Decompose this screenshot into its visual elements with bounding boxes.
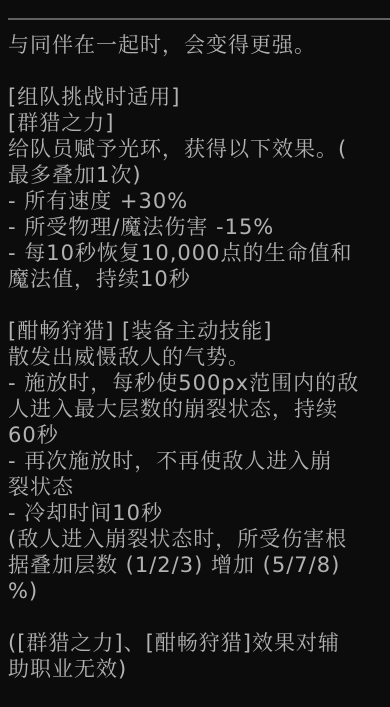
text-line: 最多叠加1次): [8, 162, 382, 188]
skill-cooldown-line: - 冷却时间10秒: [8, 500, 382, 526]
section-divider: [8, 18, 390, 20]
section-active-skill: [酣畅狩猎] [装备主动技能] 散发出威慑敌人的气势。 - 施放时，每秒使500…: [8, 318, 382, 604]
footnote-line: 助职业无效): [8, 656, 382, 682]
text-line: 60秒: [8, 422, 382, 448]
skill-tooltip-panel: 与同伴在一起时，会变得更强。 [组队挑战时适用] [群猎之力] 给队员赋予光环，…: [0, 0, 390, 707]
skill-cast-effect-line: - 施放时，每秒使500px范围内的敌: [8, 370, 382, 396]
text-line: %): [8, 578, 382, 604]
section-footnote: ([群猎之力]、[酣畅狩猎]效果对辅 助职业无效): [8, 630, 382, 682]
text-line: 散发出威慑敌人的气势。: [8, 344, 382, 370]
text-line: 裂状态: [8, 474, 382, 500]
text-line: 魔法值，持续10秒: [8, 266, 382, 292]
active-skill-title: [酣畅狩猎] [装备主动技能]: [8, 318, 382, 344]
skill-recast-line: - 再次施放时，不再使敌人进入崩: [8, 448, 382, 474]
footnote-line: ([群猎之力]、[酣畅狩猎]效果对辅: [8, 630, 382, 656]
text-line: 给队员赋予光环，获得以下效果。(: [8, 136, 382, 162]
text-line: 与同伴在一起时，会变得更强。: [8, 32, 382, 58]
party-buff-condition: [组队挑战时适用]: [8, 84, 382, 110]
buff-speed-line: - 所有速度 +30%: [8, 188, 382, 214]
skill-note-line: (敌人进入崩裂状态时，所受伤害根: [8, 526, 382, 552]
party-buff-title: [群猎之力]: [8, 110, 382, 136]
text-line: 据叠加层数 (1/2/3) 增加 (5/7/8): [8, 552, 382, 578]
text-line: 人进入最大层数的崩裂状态，持续: [8, 396, 382, 422]
section-party-buff: [组队挑战时适用] [群猎之力] 给队员赋予光环，获得以下效果。( 最多叠加1次…: [8, 84, 382, 292]
section-intro: 与同伴在一起时，会变得更强。: [8, 32, 382, 58]
buff-damage-reduction-line: - 所受物理/魔法伤害 -15%: [8, 214, 382, 240]
buff-regen-line: - 每10秒恢复10,000点的生命值和: [8, 240, 382, 266]
